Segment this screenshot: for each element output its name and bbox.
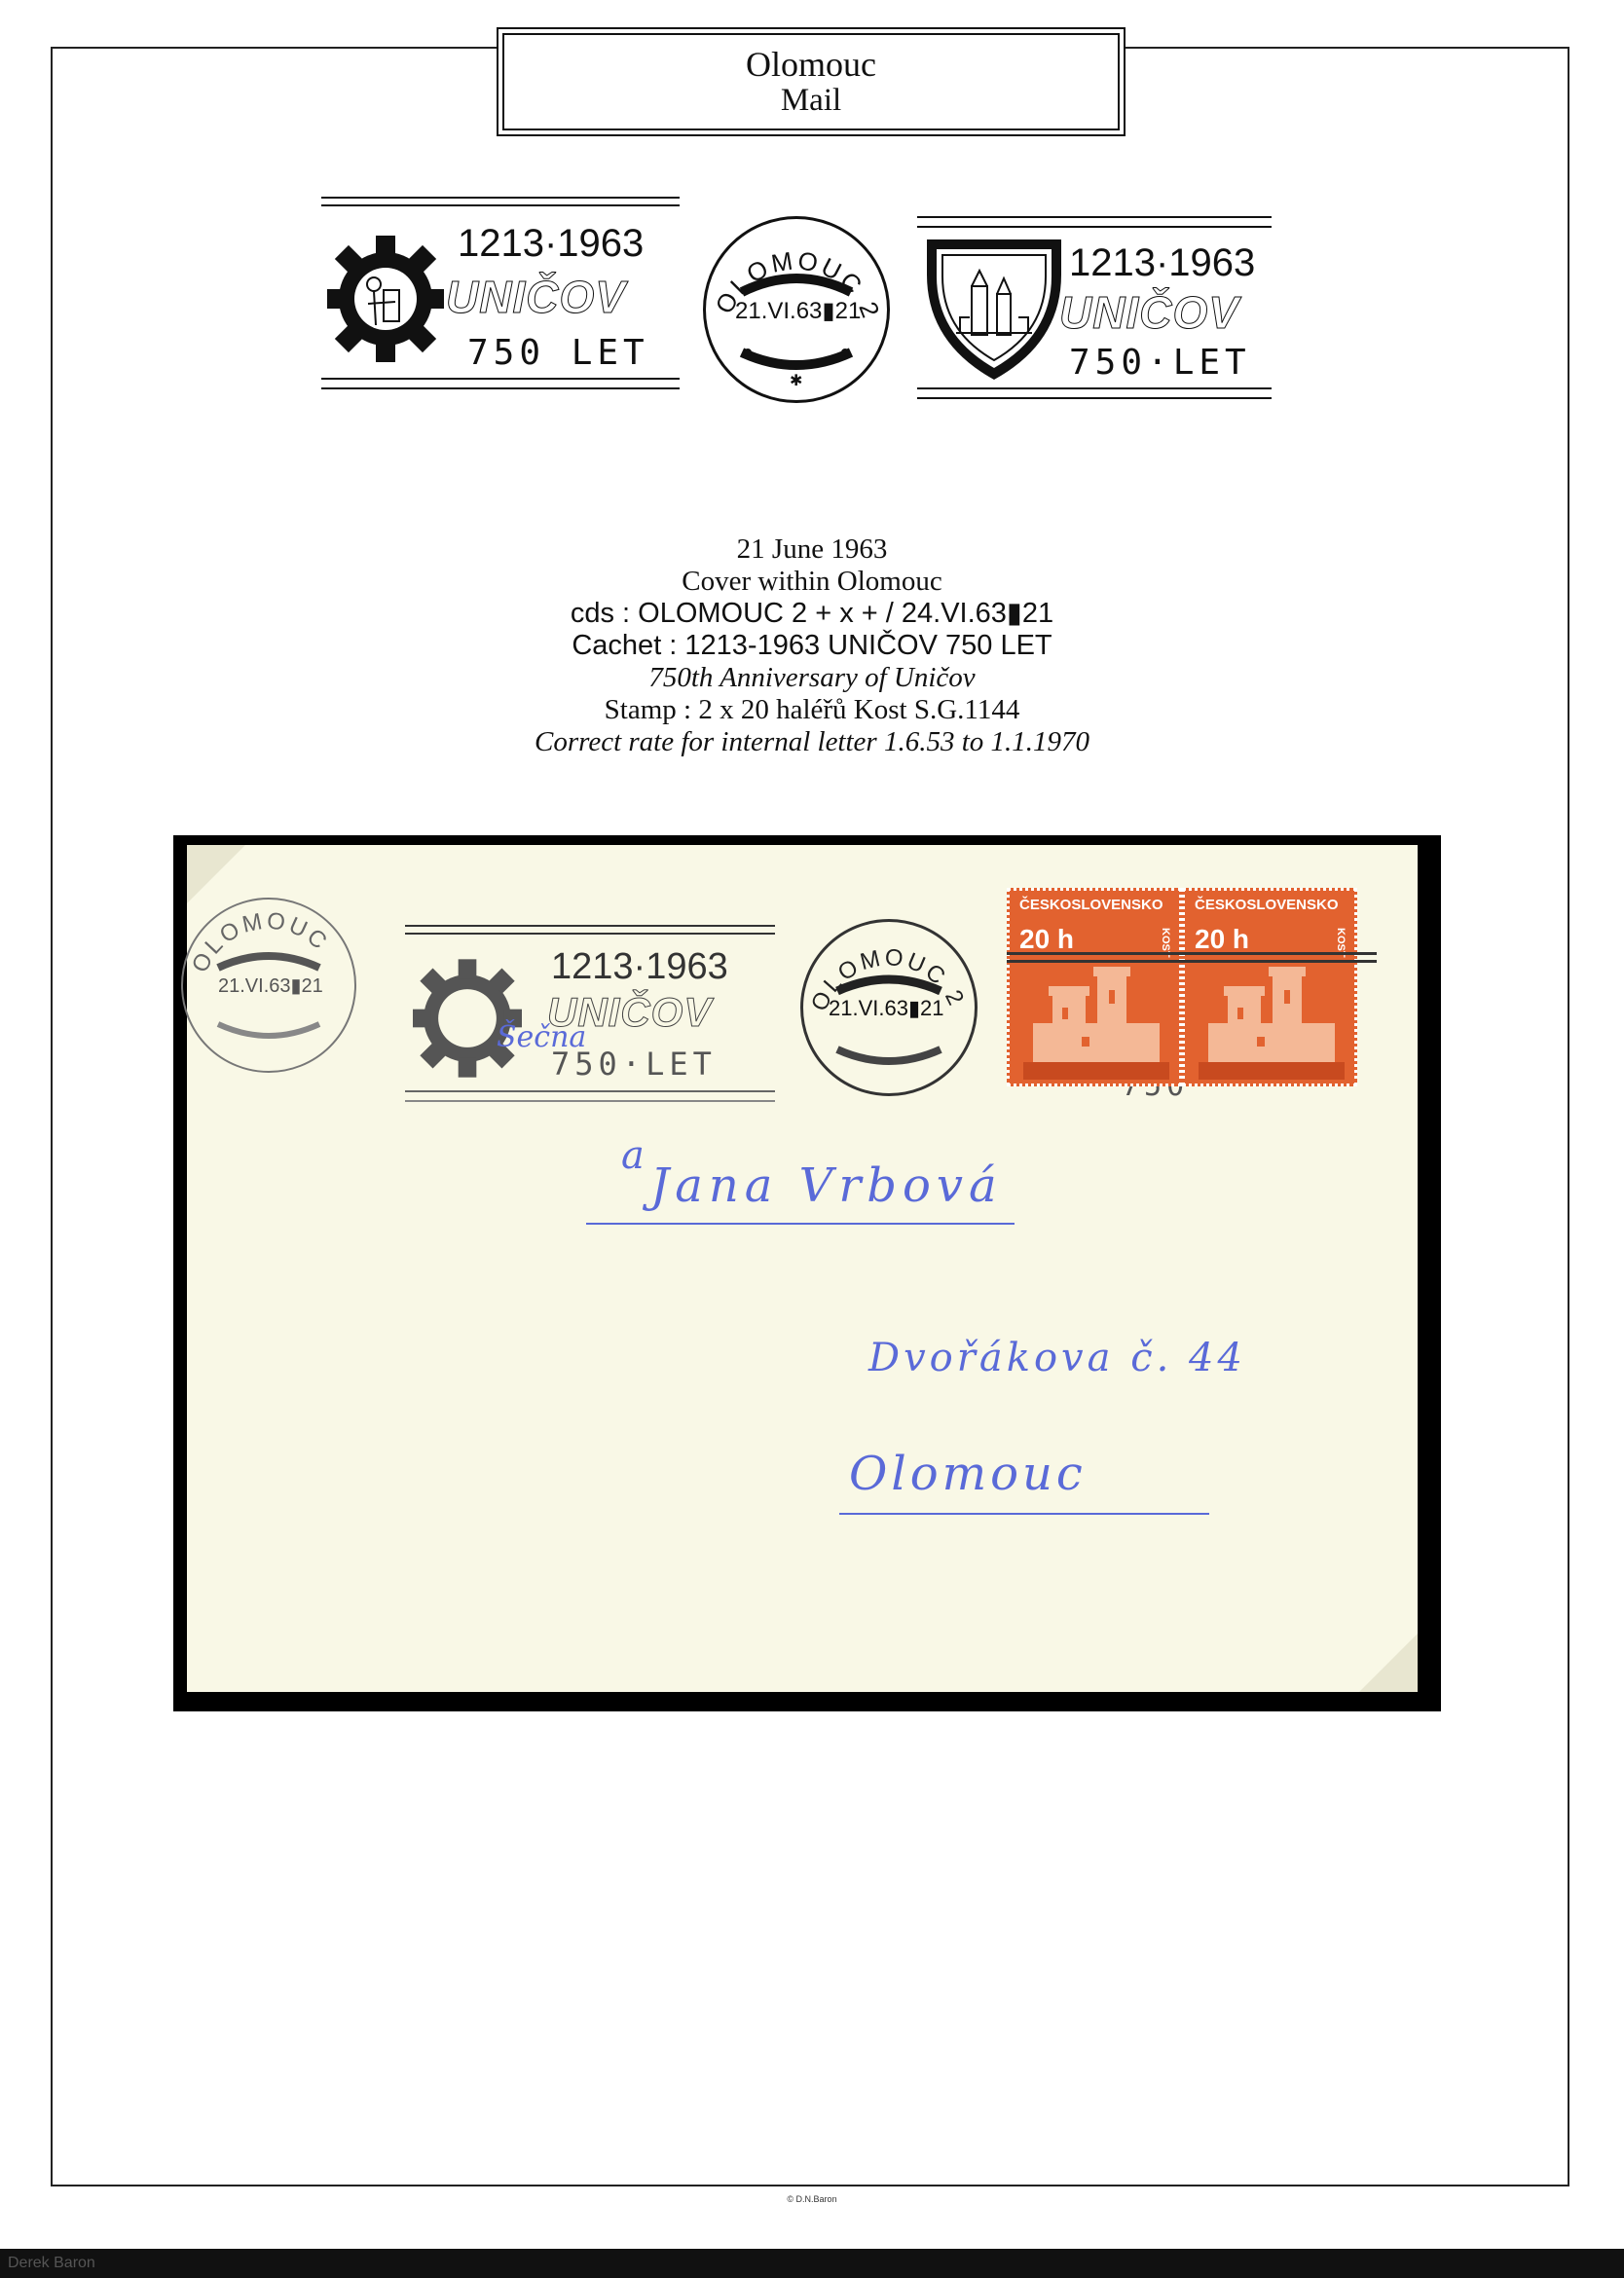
stamp-country: ČESKOSLOVENSKO [1019, 897, 1163, 913]
cover-cachet: 1213·1963 UNIČOV 750·LET [405, 925, 775, 1110]
addressee-name: Jana Vrbová [650, 1158, 1003, 1213]
cachet-rule [405, 1100, 775, 1102]
cachet-rule [321, 378, 680, 380]
cds-line: cds : OLOMOUC 2 + x + / 24.VI.63▮21 [0, 598, 1624, 630]
title-inner: Olomouc Mail [502, 33, 1120, 130]
cachet-rule [321, 204, 680, 206]
cover-route: Cover within Olomouc [0, 566, 1624, 598]
town-shield-emblem-icon [921, 236, 1067, 382]
postmark-bottom-mark: ✱ [790, 371, 802, 390]
cover-gear-emblem-icon [409, 950, 526, 1086]
anniversary-line: 750th Anniversary of Uničov [0, 662, 1624, 694]
cachet-years: 1213·1963 [458, 222, 644, 266]
cachet-rule [405, 933, 775, 935]
cachet-anniversary: 750·LET [1069, 343, 1251, 383]
cachet-rule [405, 1090, 775, 1092]
cachet-rule [917, 226, 1272, 228]
cancel-bars [1007, 952, 1377, 955]
stamp-2: ČESKOSLOVENSKO 20 h KOST [1182, 888, 1357, 1086]
sender-note: Šečna [497, 1020, 586, 1054]
castle-icon [1199, 965, 1345, 1080]
cachet-rule [917, 397, 1272, 399]
gear-emblem-icon [325, 226, 446, 372]
addressee-underline [586, 1223, 1015, 1225]
cachet-town: UNIČOV [446, 271, 626, 323]
cachet-rule [917, 387, 1272, 389]
cachet-years: 1213·1963 [1069, 241, 1255, 285]
stamp-country: ČESKOSLOVENSKO [1195, 897, 1339, 913]
left-cachet-illustration: 1213·1963 UNIČOV 750 LET [321, 197, 680, 399]
cover-postmark-center-date: 21.VI.63▮21 [829, 996, 944, 1021]
cachet-town: UNIČOV [1059, 286, 1239, 339]
postmark-illustration: OLOMOUC 2 21.VI.63▮21 ✱ [703, 216, 890, 403]
address-prefix: a [621, 1133, 645, 1178]
stamp-value: 20 h [1019, 924, 1074, 955]
cachet-rule [917, 216, 1272, 218]
stamp-value: 20 h [1195, 924, 1249, 955]
stamp-1: ČESKOSLOVENSKO 20 h KOST [1007, 888, 1182, 1086]
castle-icon [1023, 965, 1169, 1080]
cover-cachet-years: 1213·1963 [551, 946, 728, 988]
city-address: Olomouc [849, 1447, 1087, 1501]
description-block: 21 June 1963 Cover within Olomouc cds : … [0, 533, 1624, 758]
postmark-date: 21.VI.63▮21 [735, 297, 861, 325]
page-subtitle: Mail [781, 83, 841, 118]
copyright: © D.N.Baron [0, 2194, 1624, 2204]
cachet-rule [405, 925, 775, 927]
cachet-anniversary: 750 LET [467, 333, 649, 373]
cover-date: 21 June 1963 [0, 533, 1624, 566]
author-tag: Derek Baron [8, 2255, 95, 2272]
photo-corner [1359, 1634, 1418, 1692]
cancel-bars [1007, 960, 1377, 963]
cover-postmark-left-date: 21.VI.63▮21 [218, 974, 323, 998]
rate-line: Correct rate for internal letter 1.6.53 … [0, 726, 1624, 758]
right-cachet-illustration: 1213·1963 UNIČOV 750·LET [917, 216, 1272, 399]
stamp-line: Stamp : 2 x 20 haléřů Kost S.G.1144 [0, 694, 1624, 726]
page-title: Olomouc [746, 46, 876, 83]
cachet-rule [321, 387, 680, 389]
title-box: Olomouc Mail [497, 27, 1126, 136]
cover-postmark-center: OLOMOUC 2 21.VI.63▮21 [800, 919, 978, 1096]
city-underline [839, 1513, 1209, 1515]
photo-corner [187, 845, 245, 903]
street-address: Dvořákova č. 44 [868, 1336, 1246, 1380]
bottom-tag-bar: Derek Baron [0, 2249, 1624, 2278]
envelope-cover: OLOMOUC 21.VI.63▮21 1213·1963 [187, 845, 1418, 1692]
cachet-rule [321, 197, 680, 199]
cachet-line: Cachet : 1213-1963 UNIČOV 750 LET [0, 630, 1624, 662]
cover-postmark-left: OLOMOUC 21.VI.63▮21 [181, 898, 356, 1073]
